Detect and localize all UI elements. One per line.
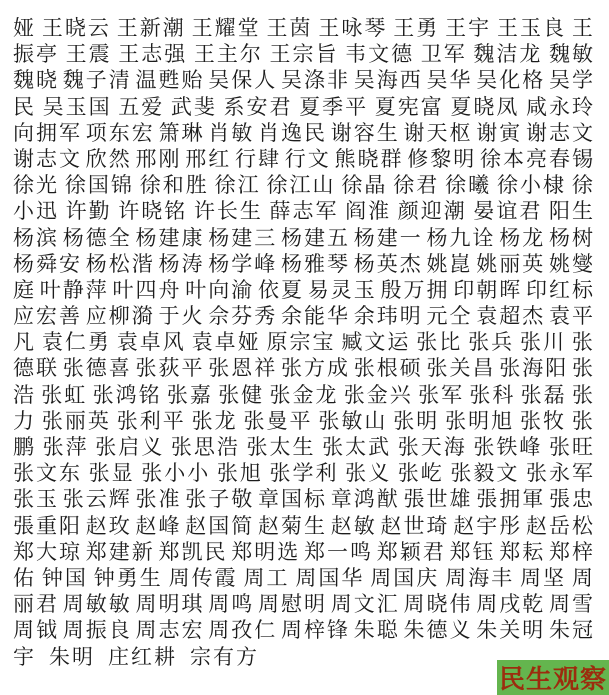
person-name: 张德喜: [63, 355, 132, 381]
person-name: 王耀堂: [192, 15, 261, 41]
person-name: 五爱: [118, 94, 164, 120]
person-name: 朱聪: [354, 617, 400, 643]
person-name: 印红标: [526, 277, 595, 303]
person-name: 张: [572, 329, 595, 355]
person-name: 杨松湝: [86, 251, 155, 277]
person-name: 力: [13, 408, 36, 434]
name-line: 郑大琼郑建新郑凯民郑明选郑一鸣郑颖君郑钰郑耘郑梓: [13, 539, 595, 565]
name-line: 振亭王震王志强王主尔王宗旨韦文德卫军魏洁龙魏敏: [13, 41, 595, 67]
person-name: 吴海西: [354, 67, 423, 93]
person-name: 张健: [218, 382, 264, 408]
person-name: 赵菊生: [258, 513, 327, 539]
person-name: 周文汇: [331, 591, 400, 617]
person-name: 邢红: [185, 146, 231, 172]
person-name: 郑一鸣: [304, 539, 373, 565]
person-name: 王晓云: [42, 15, 111, 41]
person-name: 张虹: [41, 382, 87, 408]
person-name: 张太武: [322, 434, 391, 460]
person-name: 杨德全: [63, 225, 132, 251]
person-name: 杨涛: [159, 251, 205, 277]
person-name: 周戌乾: [476, 591, 545, 617]
person-name: 徐江山: [267, 172, 336, 198]
person-name: 庄红耕: [108, 644, 177, 670]
person-name: 徐和胜: [140, 172, 209, 198]
person-name: 庭: [13, 277, 36, 303]
person-name: 叶向渝: [185, 277, 254, 303]
watermark-badge: 民生观察: [497, 660, 609, 695]
person-name: 章鸿猷: [331, 486, 400, 512]
person-name: 姚崑: [427, 251, 473, 277]
person-name: 张方成: [281, 355, 350, 381]
person-name: 杨建一: [354, 225, 423, 251]
person-name: 姚丽英: [476, 251, 545, 277]
person-name: 张丽英: [42, 408, 111, 434]
person-name: 杨雅琴: [281, 251, 350, 277]
person-name: 张磊: [521, 382, 567, 408]
person-name: 武斐: [171, 94, 217, 120]
person-name: 箫琳: [159, 120, 205, 146]
person-name: 许勤: [66, 198, 112, 224]
person-name: 佑: [13, 565, 36, 591]
person-name: 张金兴: [344, 382, 413, 408]
person-name: 周海丰: [445, 565, 514, 591]
person-name: 应宏善: [13, 303, 82, 329]
person-name: 周: [572, 565, 595, 591]
person-name: 颜迎潮: [398, 198, 467, 224]
person-name: 臧文运: [341, 329, 410, 355]
person-name: 张牧: [520, 408, 566, 434]
person-name: 杨建康: [136, 225, 205, 251]
person-name: 魏子清: [63, 67, 132, 93]
person-name: 卫军: [421, 41, 467, 67]
person-name: 夏宪富: [375, 94, 444, 120]
name-line: 張重阳赵玫赵峰赵国简赵菊生赵敏赵世琦赵宇彤赵岳松: [13, 513, 595, 539]
person-name: 依夏: [258, 277, 304, 303]
person-name: 振亭: [13, 41, 59, 67]
person-name: 丽君: [13, 591, 59, 617]
person-name: 张小小: [141, 460, 210, 486]
person-name: 赵宇彤: [453, 513, 522, 539]
person-name: 王: [572, 15, 595, 41]
person-name: 杨英杰: [354, 251, 423, 277]
person-name: 杨舜安: [13, 251, 82, 277]
person-name: 张义: [345, 460, 391, 486]
person-name: 袁平: [549, 303, 595, 329]
person-name: 周钺: [13, 617, 59, 643]
name-list-page: 娅王晓云王新潮王耀堂王茵王咏琴王勇王宇王玉良王振亭王震王志强王主尔王宗旨韦文德卫…: [0, 0, 609, 695]
person-name: 原宗宝: [267, 329, 336, 355]
person-name: 韦文德: [345, 41, 414, 67]
person-name: 张比: [416, 329, 462, 355]
person-name: 行文: [285, 146, 331, 172]
person-name: 欣然: [86, 146, 132, 172]
person-name: 张嘉: [167, 382, 213, 408]
name-line: 庭叶静萍叶四舟叶向渝依夏易灵玉殷万拥印朝晖印红标: [13, 277, 595, 303]
person-name: 佘芬秀: [208, 303, 277, 329]
person-name: 赵岳松: [526, 513, 595, 539]
person-name: 袁超杰: [476, 303, 545, 329]
name-line: 张文东张显张小小张旭张学利张义张屹张毅文张永军: [13, 460, 595, 486]
person-name: 张明旭: [445, 408, 514, 434]
person-name: 许晓铭: [118, 198, 187, 224]
person-name: 徐小棣: [497, 172, 566, 198]
name-line: 张玉张云辉张准张子敬章国标章鸿猷張世雄張拥軍張忠: [13, 486, 595, 512]
name-line: 谢志文欣然邢刚邢红行肆行文熊晓群修黎明徐本亮春锡: [13, 146, 595, 172]
person-name: 张云辉: [63, 486, 132, 512]
name-line: 民吴玉国五爱武斐系安君夏季平夏宪富夏晓凤咸永玲: [13, 94, 595, 120]
person-name: 王茵: [267, 15, 313, 41]
name-line: 力张丽英张利平张龙张曼平张敏山张明张明旭张牧张: [13, 408, 595, 434]
person-name: 周工: [244, 565, 290, 591]
person-name: 张明: [393, 408, 439, 434]
person-name: 张玉: [13, 486, 59, 512]
person-name: 赵玫: [86, 513, 132, 539]
person-name: 赵峰: [136, 513, 182, 539]
person-name: 叶四舟: [113, 277, 182, 303]
person-name: 谢志文: [526, 120, 595, 146]
name-line: 娅王晓云王新潮王耀堂王茵王咏琴王勇王宇王玉良王: [13, 15, 595, 41]
person-name: 张毅文: [450, 460, 519, 486]
person-name: 张兵: [468, 329, 514, 355]
person-name: 张荻平: [136, 355, 205, 381]
person-name: 徐本亮春锡: [480, 146, 595, 172]
person-name: 夏季平: [299, 94, 368, 120]
person-name: 张科: [469, 382, 515, 408]
person-name: 章国标: [258, 486, 327, 512]
person-name: 張重阳: [13, 513, 82, 539]
person-name: 系安君: [224, 94, 293, 120]
person-name: 赵国简: [185, 513, 254, 539]
person-name: 朱明: [49, 644, 95, 670]
name-line: 向拥军项东宏箫琳肖敏肖逸民谢容生谢天枢谢寅谢志文: [13, 120, 595, 146]
person-name: 徐: [572, 172, 595, 198]
person-name: 宇: [13, 644, 36, 670]
name-line: 魏晓魏子清温甦贻吴保人吴涤非吴海西吴华吴化格吴学: [13, 67, 595, 93]
person-name: 余能华: [281, 303, 350, 329]
person-name: 吴保人: [208, 67, 277, 93]
person-name: 张根硕: [354, 355, 423, 381]
person-name: 郑明选: [231, 539, 300, 565]
person-name: 钟国: [42, 565, 88, 591]
person-name: 周鸣: [208, 591, 254, 617]
person-name: 张旺: [549, 434, 595, 460]
person-name: 行肆: [235, 146, 281, 172]
person-name: 徐国锦: [65, 172, 134, 198]
person-name: 张敏山: [318, 408, 387, 434]
name-line: 浩张虹张鸿铭张嘉张健张金龙张金兴张军张科张磊张: [13, 382, 595, 408]
person-name: 郑钰: [450, 539, 496, 565]
person-name: 娅: [13, 15, 36, 41]
person-name: 张: [572, 408, 595, 434]
person-name: 王咏琴: [318, 15, 387, 41]
person-name: 张: [572, 382, 595, 408]
person-name: 张子敬: [185, 486, 254, 512]
person-name: 吴华: [427, 67, 473, 93]
person-name: 周敏敏: [63, 591, 132, 617]
person-name: 周振良: [63, 617, 132, 643]
person-name: 张川: [520, 329, 566, 355]
person-name: 印朝晖: [453, 277, 522, 303]
person-name: 夏晓凤: [450, 94, 519, 120]
person-name: 周志宏: [136, 617, 205, 643]
person-name: 鹏: [13, 434, 36, 460]
person-name: 余玮明: [354, 303, 423, 329]
person-name: 向拥军: [13, 120, 82, 146]
person-name: 周慰明: [258, 591, 327, 617]
name-line: 凡袁仁勇袁卓风袁卓娅原宗宝臧文运张比张兵张川张: [13, 329, 595, 355]
person-name: 徐曦: [445, 172, 491, 198]
person-name: 钟勇生: [94, 565, 163, 591]
person-name: 杨龙: [499, 225, 545, 251]
person-name: 袁卓娅: [192, 329, 261, 355]
person-name: 张恩祥: [208, 355, 277, 381]
person-name: 魏敏: [549, 41, 595, 67]
person-name: 周梓锋: [281, 617, 350, 643]
person-name: 殷万拥: [381, 277, 450, 303]
person-name: 張忠: [549, 486, 595, 512]
person-name: 朱关明: [476, 617, 545, 643]
name-line: 徐光徐国锦徐和胜徐江徐江山徐晶徐君徐曦徐小棣徐: [13, 172, 595, 198]
person-name: 谢寅: [476, 120, 522, 146]
person-name: 于火: [159, 303, 205, 329]
person-name: 薛志军: [270, 198, 339, 224]
person-name: 郑梓: [549, 539, 595, 565]
person-name: 张太生: [247, 434, 316, 460]
person-name: 张天海: [398, 434, 467, 460]
person-name: 张关昌: [427, 355, 496, 381]
person-name: 吴涤非: [281, 67, 350, 93]
name-line: 小迅许勤许晓铭许长生薛志军阎淮颜迎潮晏谊君阳生: [13, 198, 595, 224]
person-name: 易灵玉: [308, 277, 377, 303]
name-line: 周钺周振良周志宏周孜仁周梓锋朱聪朱德义朱关明朱冠: [13, 617, 595, 643]
person-name: 徐君: [393, 172, 439, 198]
person-name: 徐江: [215, 172, 261, 198]
name-line: 应宏善应柳漪于火佘芬秀余能华余玮明元仝袁超杰袁平: [13, 303, 595, 329]
person-name: 杨建三: [208, 225, 277, 251]
person-name: 袁卓风: [117, 329, 186, 355]
person-name: 张准: [136, 486, 182, 512]
person-name: 王新潮: [117, 15, 186, 41]
person-name: 郑建新: [86, 539, 155, 565]
name-line: 佑钟国钟勇生周传霞周工周国华周国庆周海丰周坚周: [13, 565, 595, 591]
person-name: 谢志文: [13, 146, 82, 172]
person-name: 杨建五: [281, 225, 350, 251]
person-name: 民: [13, 94, 36, 120]
name-line: 鹏张萍张启义张思浩张太生张太武张天海张铁峰张旺: [13, 434, 595, 460]
person-name: 王志强: [118, 41, 187, 67]
person-name: 修黎明: [407, 146, 476, 172]
person-name: 张曼平: [244, 408, 313, 434]
person-name: 谢天枢: [404, 120, 473, 146]
person-name: 谢容生: [331, 120, 400, 146]
person-name: 咸永玲: [526, 94, 595, 120]
person-name: 杨滨: [13, 225, 59, 251]
person-name: 晏谊君: [473, 198, 542, 224]
person-name: 阎淮: [345, 198, 391, 224]
person-name: 张鸿铭: [93, 382, 162, 408]
person-name: 温甦贻: [136, 67, 205, 93]
person-name: 肖逸民: [258, 120, 327, 146]
person-name: 张军: [418, 382, 464, 408]
person-name: 周晓伟: [404, 591, 473, 617]
person-name: 张思浩: [171, 434, 240, 460]
person-name: 周传霞: [169, 565, 238, 591]
person-name: 張世雄: [404, 486, 473, 512]
person-name: 王主尔: [194, 41, 263, 67]
person-name: 徐光: [13, 172, 59, 198]
person-name: 凡: [13, 329, 36, 355]
person-name: 张永军: [526, 460, 595, 486]
name-line: 丽君周敏敏周明琪周鸣周慰明周文汇周晓伟周戌乾周雪: [13, 591, 595, 617]
name-line: 德联张德喜张荻平张恩祥张方成张根硕张关昌张海阳张: [13, 355, 595, 381]
name-list: 娅王晓云王新潮王耀堂王茵王咏琴王勇王宇王玉良王振亭王震王志强王主尔王宗旨韦文德卫…: [0, 0, 609, 670]
person-name: 邢刚: [136, 146, 182, 172]
person-name: 周国华: [295, 565, 364, 591]
person-name: 王宇: [445, 15, 491, 41]
person-name: 张龙: [192, 408, 238, 434]
person-name: 熊晓群: [335, 146, 404, 172]
person-name: 王震: [66, 41, 112, 67]
person-name: 吴学: [549, 67, 595, 93]
person-name: 周国庆: [370, 565, 439, 591]
person-name: 张萍: [43, 434, 89, 460]
person-name: 张利平: [117, 408, 186, 434]
person-name: 周孜仁: [208, 617, 277, 643]
person-name: 魏洁龙: [473, 41, 542, 67]
person-name: 张屹: [398, 460, 444, 486]
person-name: 张旭: [217, 460, 263, 486]
person-name: 王宗旨: [270, 41, 339, 67]
person-name: 张金龙: [269, 382, 338, 408]
person-name: 周坚: [520, 565, 566, 591]
person-name: 应柳漪: [86, 303, 155, 329]
person-name: 郑大琼: [13, 539, 82, 565]
person-name: 小迅: [13, 198, 59, 224]
person-name: 杨九诠: [427, 225, 496, 251]
person-name: 張拥軍: [476, 486, 545, 512]
person-name: 张: [572, 355, 595, 381]
name-line: 杨滨杨德全杨建康杨建三杨建五杨建一杨九诠杨龙杨树: [13, 225, 595, 251]
person-name: 张海阳: [499, 355, 568, 381]
person-name: 杨学峰: [208, 251, 277, 277]
person-name: 张学利: [270, 460, 339, 486]
person-name: 王勇: [393, 15, 439, 41]
person-name: 叶静萍: [40, 277, 109, 303]
person-name: 张铁峰: [473, 434, 542, 460]
person-name: 阳生: [549, 198, 595, 224]
person-name: 姚燮: [549, 251, 595, 277]
person-name: 吴玉国: [43, 94, 112, 120]
person-name: 赵世琦: [381, 513, 450, 539]
person-name: 杨树: [549, 225, 595, 251]
person-name: 朱冠: [549, 617, 595, 643]
person-name: 项东宏: [86, 120, 155, 146]
person-name: 周明琪: [136, 591, 205, 617]
person-name: 张启义: [95, 434, 164, 460]
person-name: 赵敏: [331, 513, 377, 539]
person-name: 郑颖君: [377, 539, 446, 565]
person-name: 宗有方: [190, 644, 259, 670]
person-name: 张显: [89, 460, 135, 486]
person-name: 张文东: [13, 460, 82, 486]
person-name: 朱德义: [404, 617, 473, 643]
person-name: 吴化格: [476, 67, 545, 93]
person-name: 郑凯民: [159, 539, 228, 565]
person-name: 德联: [13, 355, 59, 381]
name-line: 杨舜安杨松湝杨涛杨学峰杨雅琴杨英杰姚崑姚丽英姚燮: [13, 251, 595, 277]
person-name: 王玉良: [497, 15, 566, 41]
person-name: 许长生: [194, 198, 263, 224]
person-name: 肖敏: [208, 120, 254, 146]
person-name: 元仝: [427, 303, 473, 329]
person-name: 浩: [13, 382, 36, 408]
person-name: 魏晓: [13, 67, 59, 93]
person-name: 徐晶: [341, 172, 387, 198]
person-name: 袁仁勇: [42, 329, 111, 355]
person-name: 周雪: [549, 591, 595, 617]
person-name: 郑耘: [499, 539, 545, 565]
